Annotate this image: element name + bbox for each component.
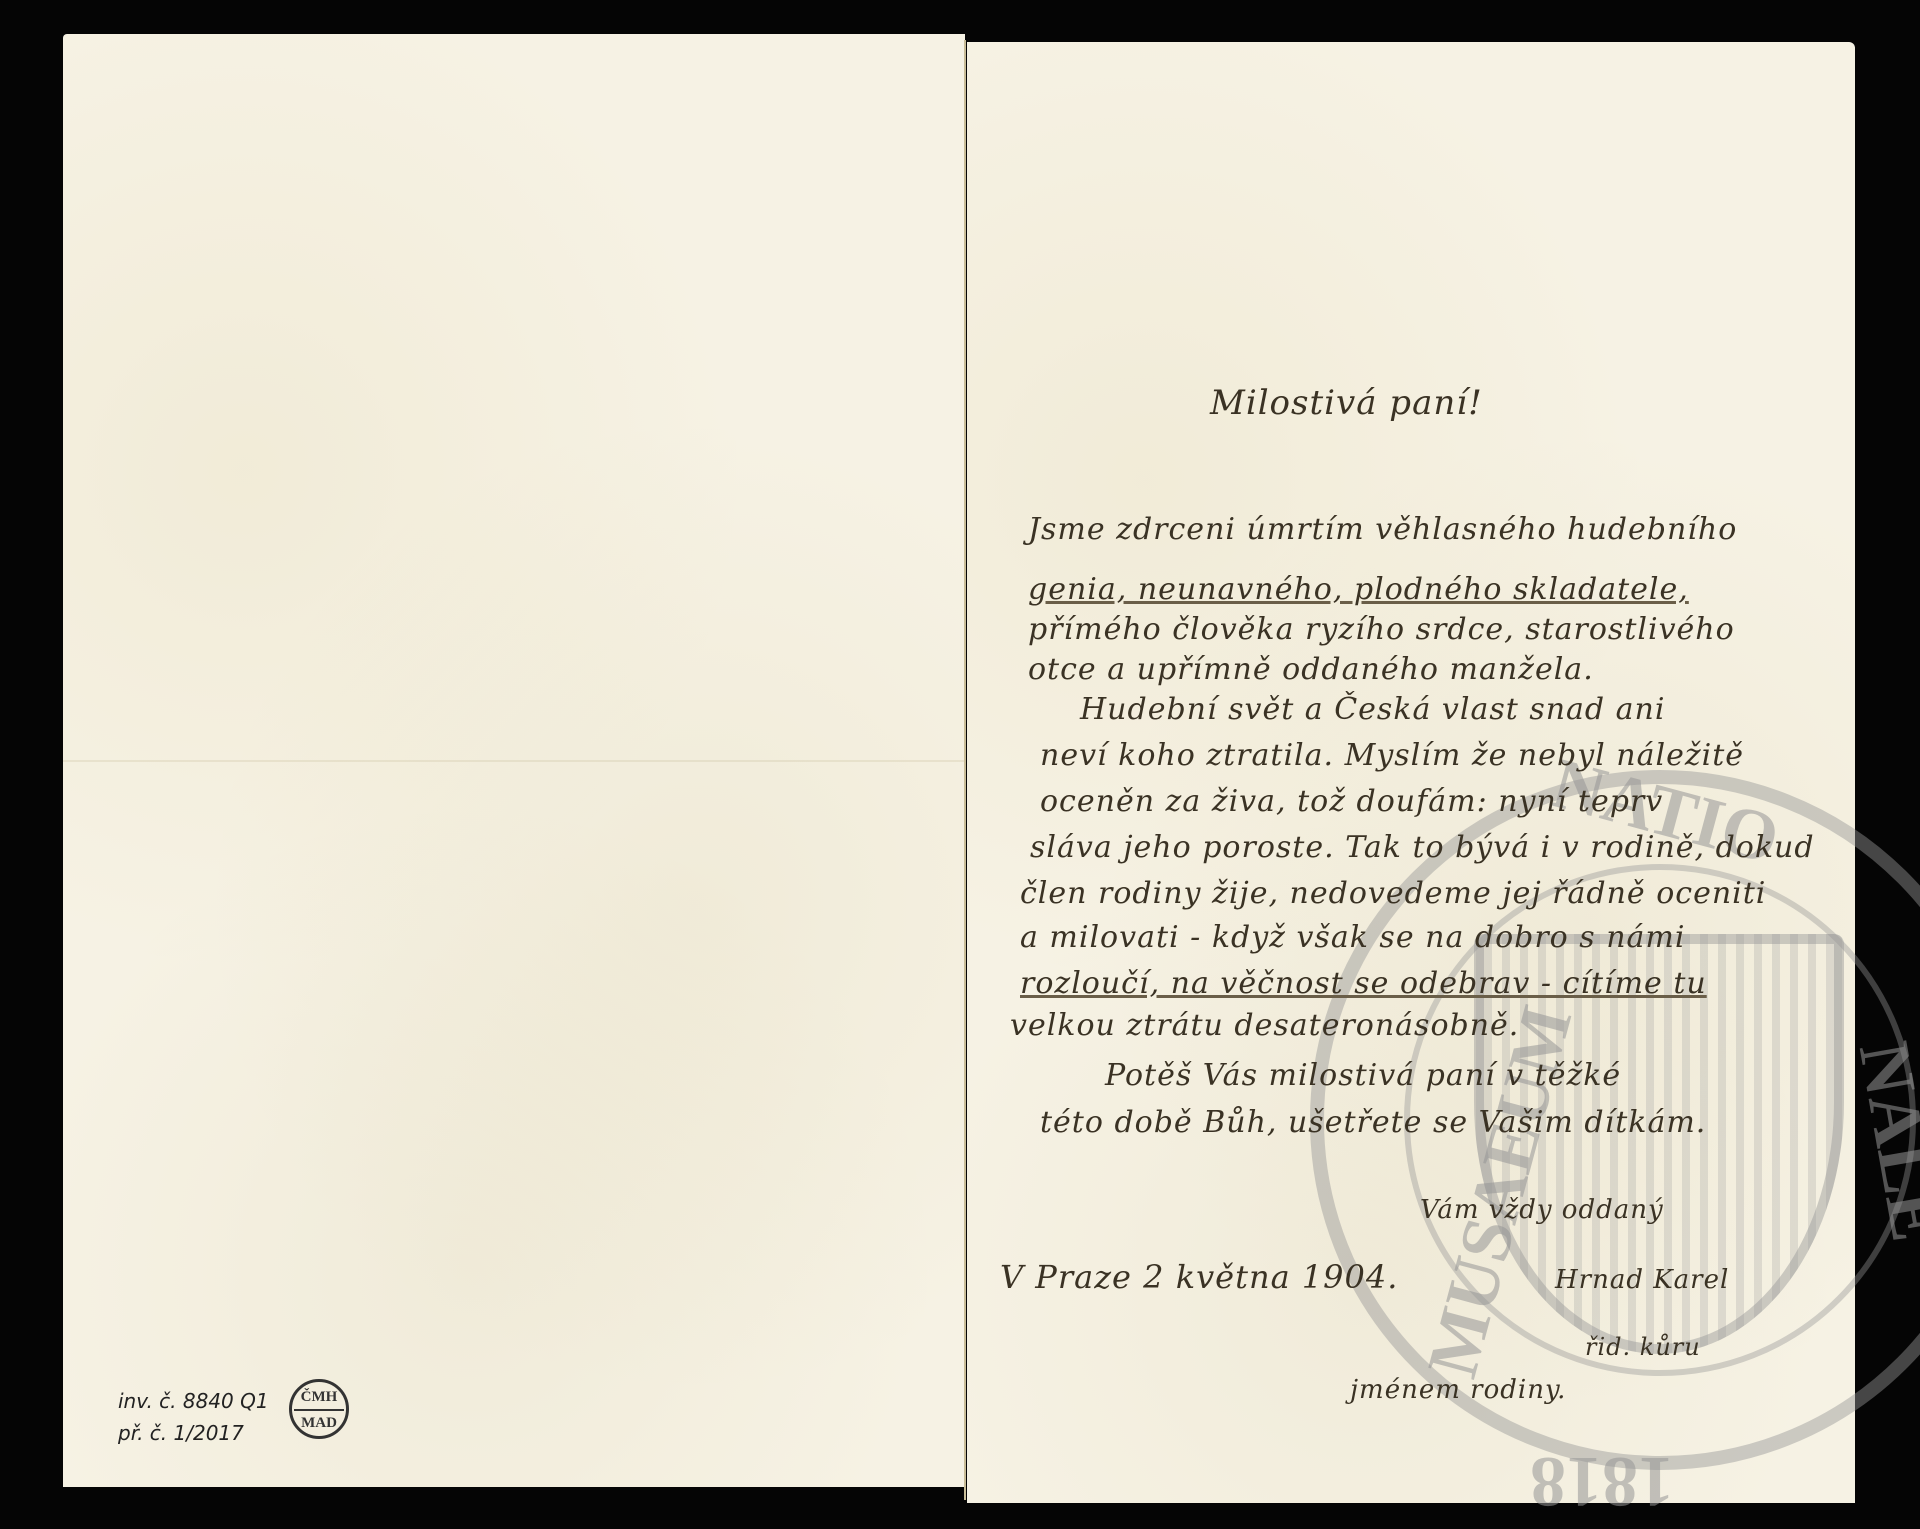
letter-line-8: sláva jeho poroste. Tak to bývá i v rodi…	[1030, 830, 1815, 865]
letter-line-9: člen rodiny žije, nedovedeme jej řádně o…	[1020, 876, 1766, 911]
letter-line-3: přímého člověka ryzího srdce, starostliv…	[1028, 612, 1735, 647]
letter-line-4: otce a upřímně oddaného manžela.	[1028, 652, 1594, 687]
letter-line-7: oceněn za živa, tož doufám: nyní teprv	[1040, 784, 1663, 819]
letter-on-behalf: jménem rodiny.	[1350, 1375, 1566, 1405]
letter-line-13: Potěš Vás milostivá paní v těžké	[1105, 1058, 1621, 1093]
letter-line-5: Hudební svět a Česká vlast snad ani	[1080, 692, 1665, 727]
acquisition-number: př. č. 1/2017	[118, 1417, 269, 1449]
letter-line-2: genia, neunavného, plodného skladatele,	[1028, 572, 1689, 607]
watermark-year: 1818	[1530, 1440, 1674, 1523]
letter-signature: Hrnad Karel	[1555, 1265, 1729, 1295]
center-fold	[964, 40, 966, 1500]
letter-closing: Vám vždy oddaný	[1420, 1195, 1664, 1225]
inventory-number: inv. č. 8840 Q1	[118, 1385, 269, 1417]
letter-line-10: a milovati - když však se na dobro s nám…	[1020, 920, 1685, 955]
horizontal-crease	[63, 760, 965, 762]
letter-line-11: rozloučí, na věčnost se odebrav - cítíme…	[1020, 966, 1707, 1001]
letter-line-14: této době Bůh, ušetřete se Vašim dítkám.	[1040, 1105, 1706, 1140]
stamp-bottom-text: MAD	[292, 1411, 346, 1435]
letter-line-1: Jsme zdrceni úmrtím věhlasného hudebního	[1028, 512, 1737, 547]
letter-salutation: Milostivá paní!	[1210, 383, 1483, 423]
letter-place-date: V Praze 2 května 1904.	[1000, 1258, 1398, 1296]
inventory-notes: inv. č. 8840 Q1 př. č. 1/2017	[118, 1385, 269, 1449]
letter-line-6: neví koho ztratila. Myslím že nebyl nále…	[1040, 738, 1744, 773]
letter-signature-title: řid. kůru	[1585, 1333, 1701, 1361]
stamp-top-text: ČMH	[292, 1385, 346, 1409]
letter-line-12: velkou ztrátu desateronásobně.	[1010, 1008, 1519, 1043]
museum-ink-stamp: ČMH MAD	[289, 1379, 349, 1439]
